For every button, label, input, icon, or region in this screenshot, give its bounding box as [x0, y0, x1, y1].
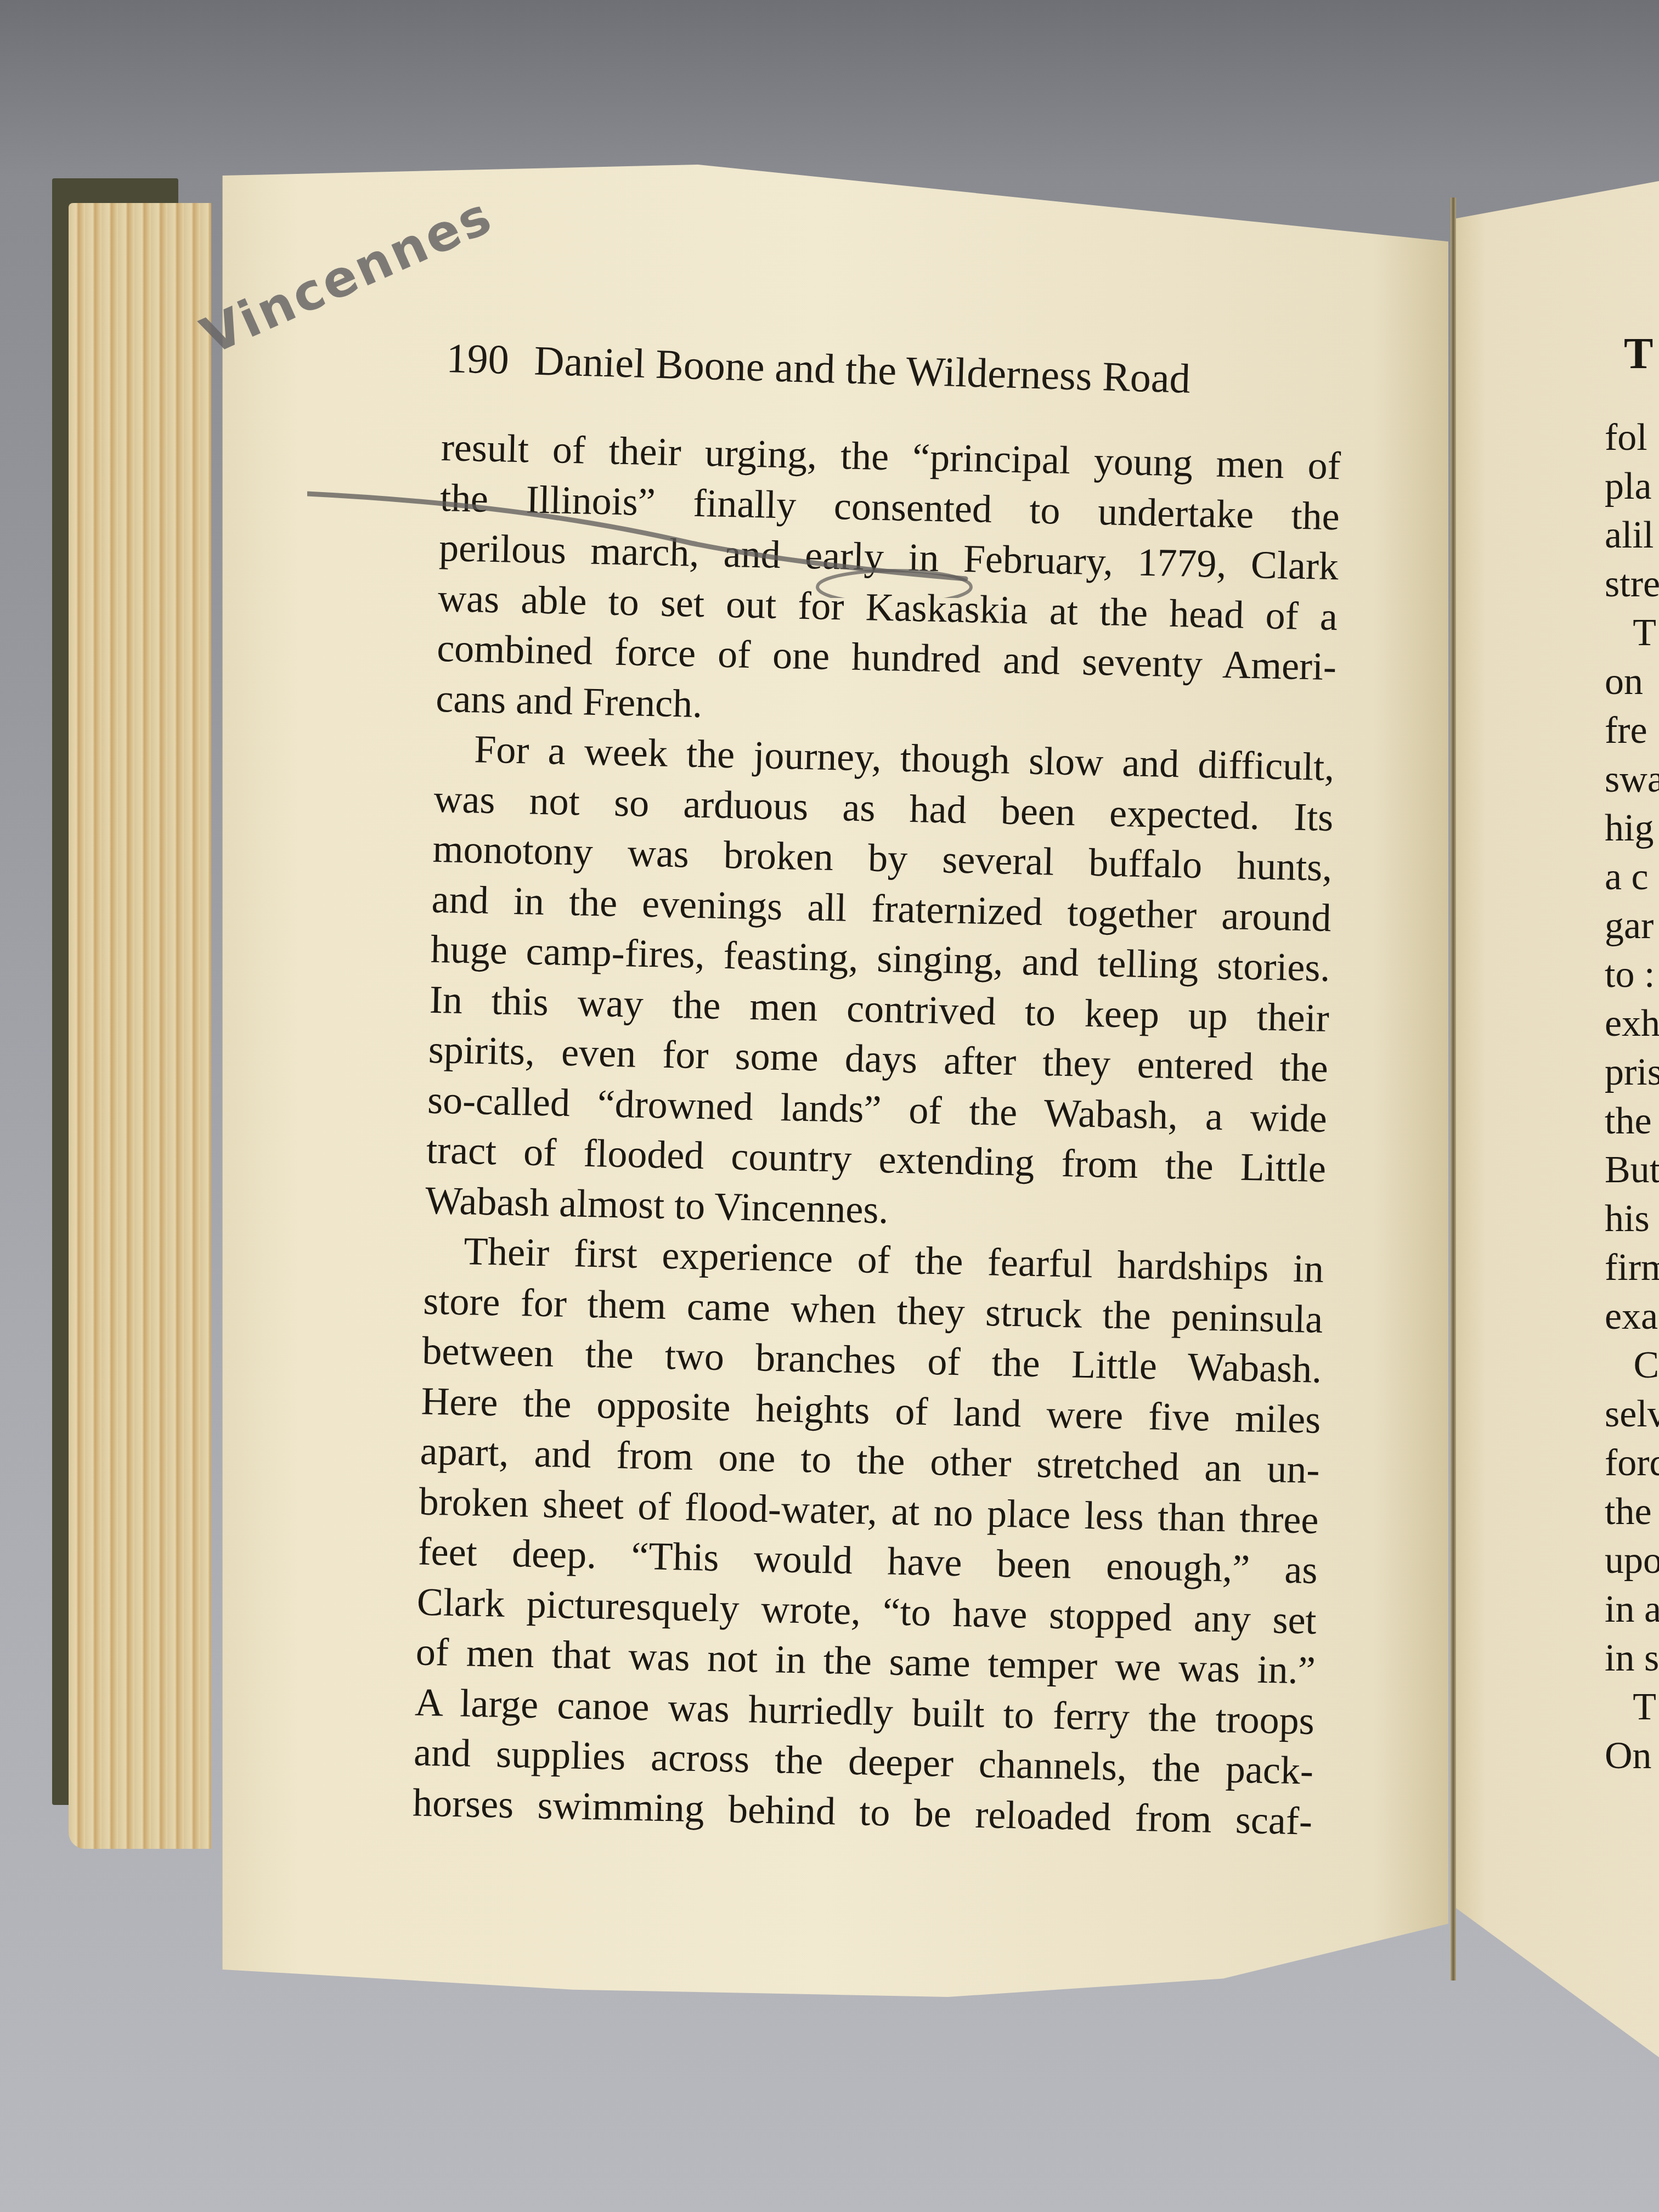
text-line-fragment: selv — [1605, 1390, 1659, 1438]
text-line-fragment: gar — [1605, 901, 1659, 950]
text-line-fragment: alil — [1605, 511, 1659, 560]
page-number: 190 — [446, 335, 510, 383]
text-line-fragment: firm — [1605, 1243, 1659, 1292]
text-line-fragment: But — [1605, 1145, 1659, 1194]
text-line-fragment: in s — [1605, 1634, 1659, 1683]
text-line-fragment: to : — [1605, 950, 1659, 999]
page-edges — [69, 203, 211, 1849]
right-page-text: T folplaalilstre Tonfreswahiga cgarto :e… — [1605, 329, 1659, 1780]
text-line-fragment: On — [1605, 1731, 1659, 1780]
book-gutter — [1451, 198, 1456, 1980]
text-line-fragment: stre — [1605, 560, 1659, 608]
text-line-fragment: on — [1605, 657, 1659, 706]
text-line-fragment: T — [1605, 608, 1659, 657]
text-line-fragment: fol — [1605, 413, 1659, 462]
text-line-fragment: swa — [1605, 755, 1659, 804]
text-line-fragment: the — [1605, 1487, 1659, 1536]
right-running-head: T — [1624, 329, 1659, 379]
text-line-fragment: pris — [1605, 1048, 1659, 1097]
text-line-fragment: in a — [1605, 1585, 1659, 1634]
text-line-fragment: ford — [1605, 1438, 1659, 1487]
text-line-fragment: hig — [1605, 804, 1659, 853]
text-line-fragment: upo — [1605, 1536, 1659, 1585]
text-line-fragment: a c — [1605, 853, 1659, 901]
text-line-fragment: C — [1605, 1341, 1659, 1390]
text-line-fragment: the — [1605, 1097, 1659, 1145]
page-body: result of their urging, the “principal y… — [412, 422, 1341, 1847]
text-line-fragment: exh — [1605, 999, 1659, 1048]
text-line-fragment: his — [1605, 1194, 1659, 1243]
text-line-fragment: T — [1605, 1683, 1659, 1731]
text-line-fragment: fre — [1605, 706, 1659, 755]
text-line-fragment: exa — [1605, 1292, 1659, 1341]
pencil-underline-mark — [307, 483, 1075, 598]
text-line-fragment: pla — [1605, 462, 1659, 511]
